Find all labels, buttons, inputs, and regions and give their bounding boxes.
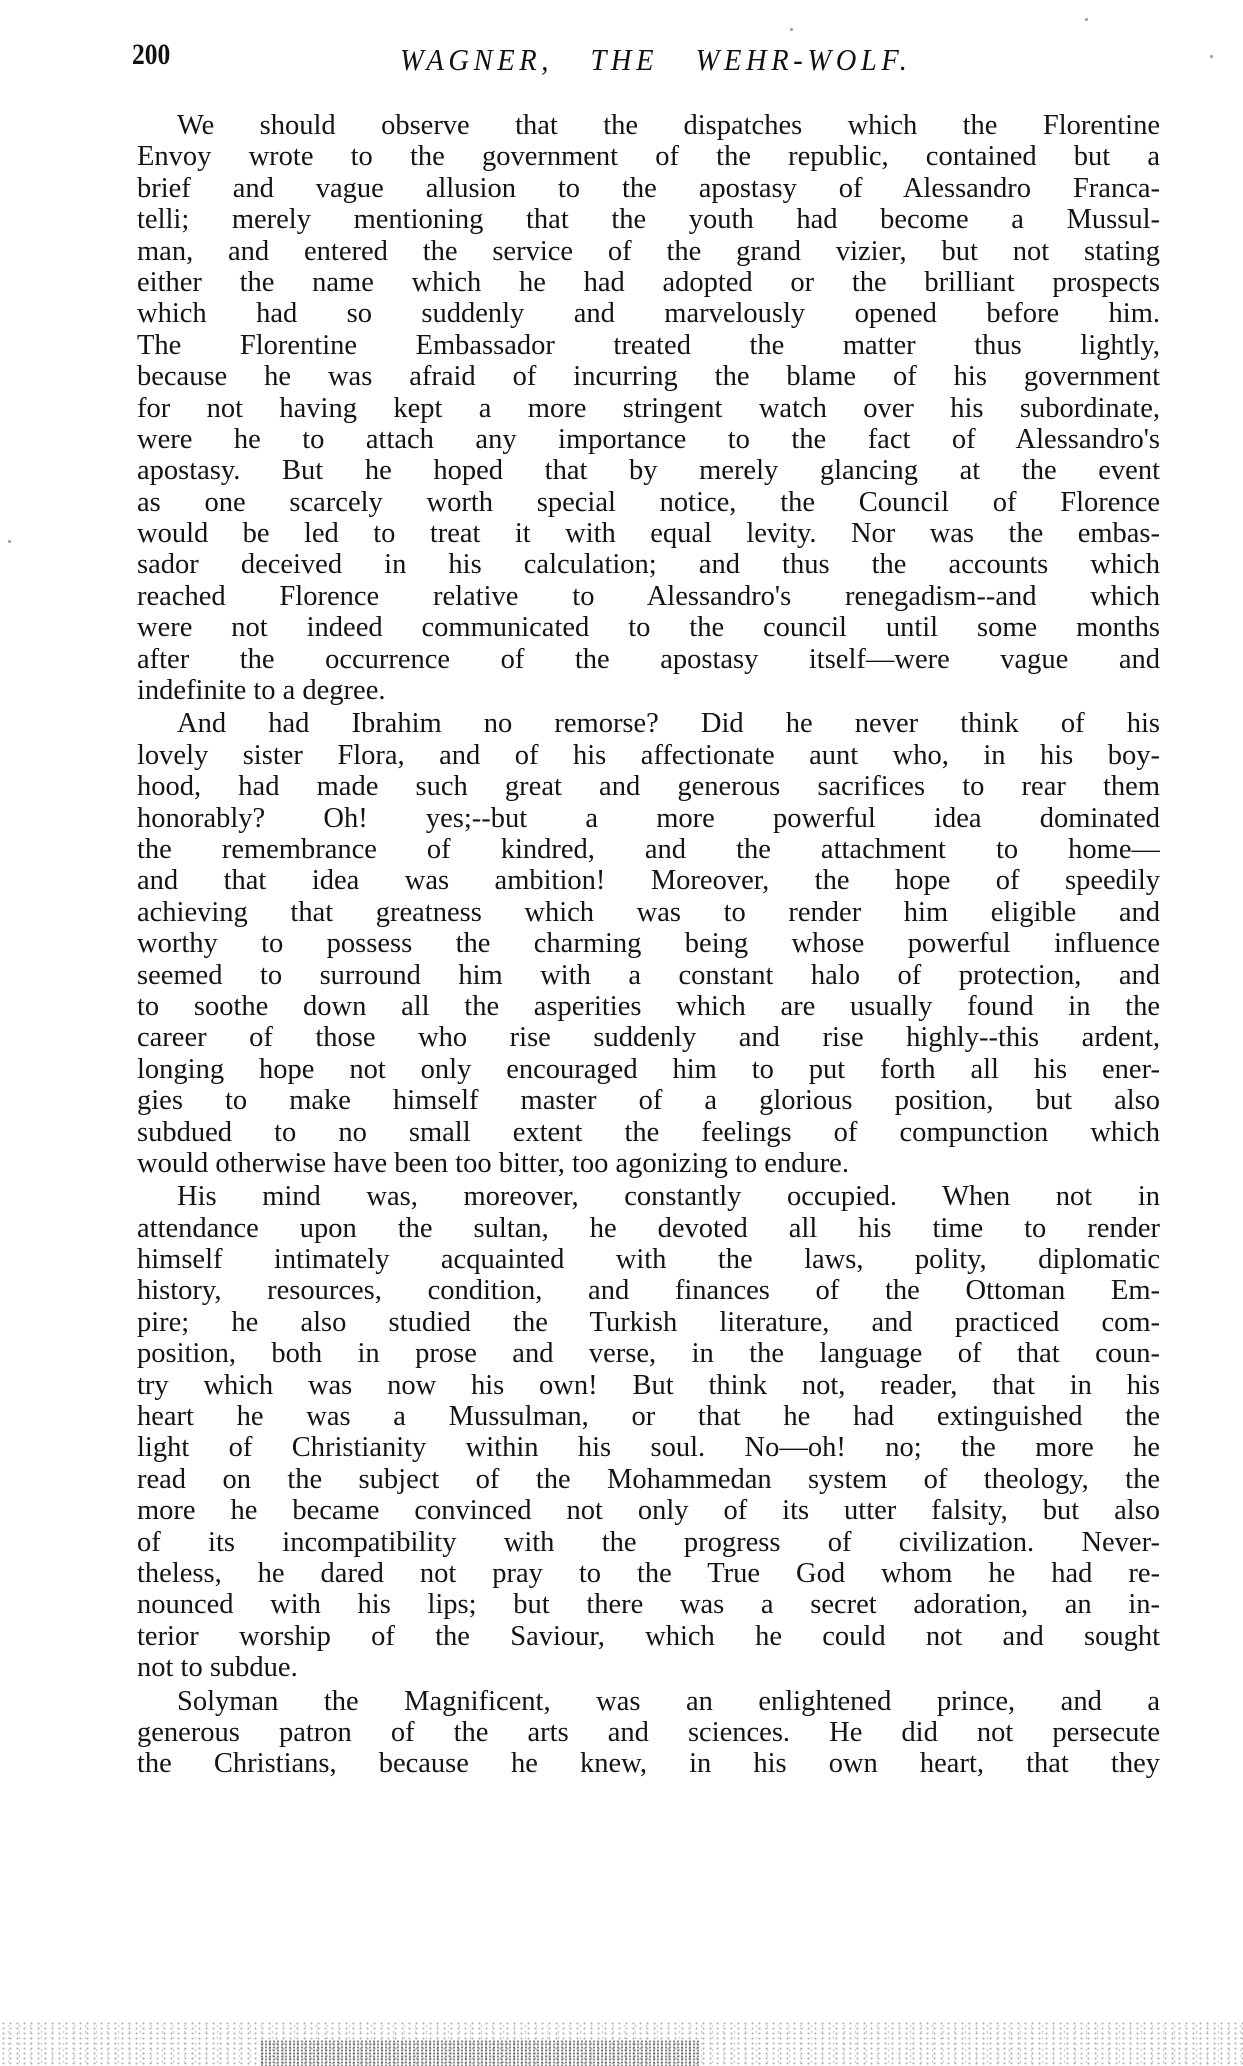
page-number: 200	[132, 38, 170, 72]
text-line: and that idea was ambition! Moreover, th…	[137, 865, 1160, 896]
text-line: We should observe that the dispatches wh…	[137, 110, 1160, 141]
paragraph-2: And had Ibrahim no remorse? Did he never…	[137, 708, 1160, 1179]
text-line: pire; he also studied the Turkish litera…	[137, 1307, 1160, 1338]
text-line: worthy to possess the charming being who…	[137, 928, 1160, 959]
running-title: WAGNER, THE WEHR-WOLF.	[400, 42, 911, 78]
text-line: hood, had made such great and generous s…	[137, 771, 1160, 802]
text-line: of its incompatibility with the progress…	[137, 1527, 1160, 1558]
text-line: His mind was, moreover, constantly occup…	[137, 1181, 1160, 1212]
text-line: either the name which he had adopted or …	[137, 267, 1160, 298]
text-line: gies to make himself master of a gloriou…	[137, 1085, 1160, 1116]
text-line: would otherwise have been too bitter, to…	[137, 1148, 1160, 1179]
text-line: which had so suddenly and marvelously op…	[137, 298, 1160, 329]
text-line: generous patron of the arts and sciences…	[137, 1717, 1160, 1748]
text-line: read on the subject of the Mohammedan sy…	[137, 1464, 1160, 1495]
text-line: terior worship of the Saviour, which he …	[137, 1621, 1160, 1652]
paragraph-4: Solyman the Magnificent, was an enlighte…	[137, 1686, 1160, 1780]
paragraph-1: We should observe that the dispatches wh…	[137, 110, 1160, 706]
text-line: for not having kept a more stringent wat…	[137, 393, 1160, 424]
running-head: 200 WAGNER, THE WEHR-WOLF.	[132, 38, 1162, 78]
book-page: 200 WAGNER, THE WEHR-WOLF. We should obs…	[0, 0, 1243, 2066]
text-line: try which was now his own! But think not…	[137, 1370, 1160, 1401]
scan-speck	[1085, 18, 1088, 21]
text-line: apostasy. But he hoped that by merely gl…	[137, 455, 1160, 486]
scan-noise-cluster	[260, 2040, 700, 2066]
text-line: honorably? Oh! yes;--but a more powerful…	[137, 803, 1160, 834]
text-line: man, and entered the service of the gran…	[137, 236, 1160, 267]
text-line: lovely sister Flora, and of his affectio…	[137, 740, 1160, 771]
text-line: attendance upon the sultan, he devoted a…	[137, 1213, 1160, 1244]
text-line: theless, he dared not pray to the True G…	[137, 1558, 1160, 1589]
text-line: himself intimately acquainted with the l…	[137, 1244, 1160, 1275]
text-line: Solyman the Magnificent, was an enlighte…	[137, 1686, 1160, 1717]
text-line: telli; merely mentioning that the youth …	[137, 204, 1160, 235]
text-line: Envoy wrote to the government of the rep…	[137, 141, 1160, 172]
text-line: not to subdue.	[137, 1652, 1160, 1683]
text-line: The Florentine Embassador treated the ma…	[137, 330, 1160, 361]
text-line: heart he was a Mussulman, or that he had…	[137, 1401, 1160, 1432]
text-line: And had Ibrahim no remorse? Did he never…	[137, 708, 1160, 739]
text-line: more he became convinced not only of its…	[137, 1495, 1160, 1526]
text-line: the remembrance of kindred, and the atta…	[137, 834, 1160, 865]
text-line: longing hope not only encouraged him to …	[137, 1054, 1160, 1085]
text-line: reached Florence relative to Alessandro'…	[137, 581, 1160, 612]
text-line: subdued to no small extent the feelings …	[137, 1117, 1160, 1148]
text-line: after the occurrence of the apostasy its…	[137, 644, 1160, 675]
text-line: the Christians, because he knew, in his …	[137, 1748, 1160, 1779]
text-line: position, both in prose and verse, in th…	[137, 1338, 1160, 1369]
text-line: sador deceived in his calculation; and t…	[137, 549, 1160, 580]
text-line: history, resources, condition, and finan…	[137, 1275, 1160, 1306]
text-line: were he to attach any importance to the …	[137, 424, 1160, 455]
text-line: indefinite to a degree.	[137, 675, 1160, 706]
text-line: seemed to surround him with a constant h…	[137, 960, 1160, 991]
text-line: nounced with his lips; but there was a s…	[137, 1589, 1160, 1620]
text-line: achieving that greatness which was to re…	[137, 897, 1160, 928]
scan-speck	[790, 28, 793, 31]
text-line: light of Christianity within his soul. N…	[137, 1432, 1160, 1463]
body-text: We should observe that the dispatches wh…	[137, 110, 1160, 1780]
scan-speck	[8, 540, 11, 543]
text-line: would be led to treat it with equal levi…	[137, 518, 1160, 549]
scan-speck	[1210, 55, 1213, 58]
text-line: as one scarcely worth special notice, th…	[137, 487, 1160, 518]
text-line: were not indeed communicated to the coun…	[137, 612, 1160, 643]
text-line: career of those who rise suddenly and ri…	[137, 1022, 1160, 1053]
text-line: brief and vague allusion to the apostasy…	[137, 173, 1160, 204]
text-line: because he was afraid of incurring the b…	[137, 361, 1160, 392]
text-line: to soothe down all the asperities which …	[137, 991, 1160, 1022]
paragraph-3: His mind was, moreover, constantly occup…	[137, 1181, 1160, 1683]
